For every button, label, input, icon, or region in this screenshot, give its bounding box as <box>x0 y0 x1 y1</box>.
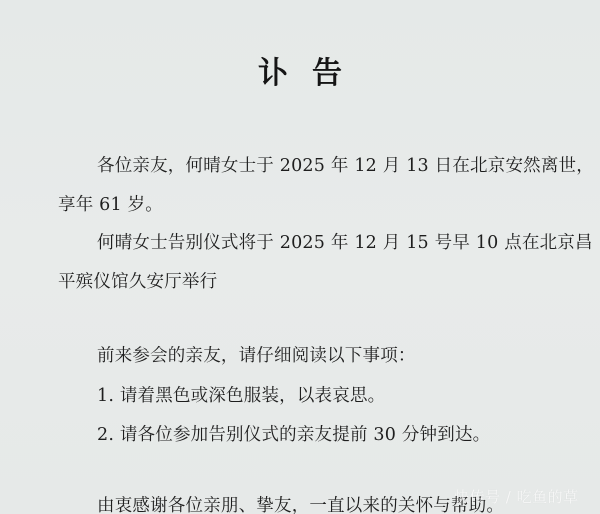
watermark: 快传号 / 吃鱼的草 <box>454 486 579 508</box>
paragraph-2-line-1: 何晴女士告别仪式将于 2025 年 12 月 15 号早 10 点在北京昌 <box>97 231 593 255</box>
document-title: 讣告 <box>0 54 600 94</box>
paragraph-2-line-2: 平殡仪馆久安厅举行 <box>58 270 217 294</box>
closing-thanks: 由衷感谢各位亲朋、挚友，一直以来的关怀与帮助。 <box>97 494 504 514</box>
paragraph-1-line-2: 享年 61 岁。 <box>58 193 163 217</box>
notice-intro: 前来参会的亲友，请仔细阅读以下事项： <box>97 344 416 368</box>
obituary-document: 讣告 各位亲友，何晴女士于 2025 年 12 月 13 日在北京安然离世， 享… <box>0 0 600 514</box>
notice-item-2: 2. 请各位参加告别仪式的亲友提前 30 分钟到达。 <box>97 423 490 447</box>
notice-item-1: 1. 请着黑色或深色服装，以表哀思。 <box>97 384 385 408</box>
paragraph-1-line-1: 各位亲友，何晴女士于 2025 年 12 月 13 日在北京安然离世， <box>97 154 594 178</box>
